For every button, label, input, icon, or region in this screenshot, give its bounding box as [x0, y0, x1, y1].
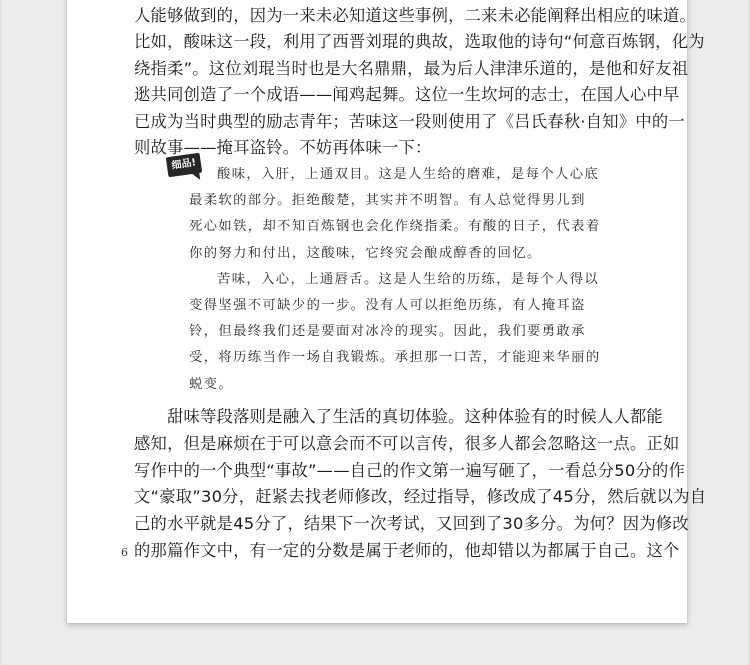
text-line: 比如，酸味这一段，利用了西晋刘琨的典故，选取他的诗句“何意百炼钢，化为 — [134, 29, 631, 56]
quote-line: 酸味，入肝，上通双目。这是人生给的磨难，是每个人心底 — [189, 162, 559, 188]
text-line: 的那篇作文中，有一定的分数是属于老师的，他却错以为都属于自己。这个 — [134, 538, 631, 565]
text-line: 文“豪取”30分，赶紧去找老师修改，经过指导，修改成了45分，然后就以为自 — [134, 484, 631, 511]
quote-line: 变得坚强不可缺少的一步。没有人可以拒绝历练，有人掩耳盗 — [189, 293, 559, 319]
document-viewer[interactable]: 要有具体例，要有直接的感触。有效事理例说明自身的典事，本，本能所有 人能够做到的… — [0, 0, 750, 665]
text-line: 则故事——掩耳盗铃。不妨再体味一下： — [134, 135, 631, 162]
quote-block: 酸味，入肝，上通双目。这是人生给的磨难，是每个人心底 最柔软的部分。拒绝酸楚，其… — [189, 162, 559, 398]
text-line: 感知，但是麻烦在于可以意会而不可以言传，很多人都会忽略这一点。正如 — [134, 431, 631, 458]
text-line: 甜味等段落则是融入了生活的真切体验。这种体验有的时候人人都能 — [134, 404, 631, 431]
quote-line: 蜕变。 — [189, 372, 559, 398]
text-line: 写作中的一个典型“事故”——自己的作文第一遍写砸了，一看总分50分的作 — [134, 458, 631, 485]
quote-line: 死心如铁，却不知百炼钢也会化作绕指柔。有酸的日子，代表着 — [189, 214, 559, 240]
quote-line: 最柔软的部分。拒绝酸楚，其实并不明智。有人总觉得男儿到 — [189, 188, 559, 214]
cut-off-text-line: 要有具体例，要有直接的感触。有效事理例说明自身的典事，本，本能所有 — [134, 0, 631, 3]
quote-line: 铃，但最终我们还是要面对冰冷的现实。因此，我们要勇敢承 — [189, 319, 559, 345]
quote-line: 苦味，入心，上通唇舌。这是人生给的历练，是每个人得以 — [189, 267, 559, 293]
text-line: 绕指柔”。这位刘琨当时也是大名鼎鼎，最为后人津津乐道的，是他和好友祖 — [134, 56, 631, 83]
top-paragraph: 要有具体例，要有直接的感触。有效事理例说明自身的典事，本，本能所有 人能够做到的… — [134, 0, 631, 162]
text-line: 己的水平就是45分了，结果下一次考试，又回到了30多分。为何？因为修改 — [134, 511, 631, 538]
bottom-paragraph: 甜味等段落则是融入了生活的真切体验。这种体验有的时候人人都能 感知，但是麻烦在于… — [134, 404, 631, 565]
page-number: 6 — [121, 546, 128, 559]
text-line: 人能够做到的，因为一来未必知道这些事例，二来未必能阐释出相应的味道。 — [134, 3, 631, 30]
text-line: 逖共同创造了一个成语——闻鸡起舞。这位一生坎坷的志士，在国人心中早 — [134, 82, 631, 109]
document-page: 要有具体例，要有直接的感触。有效事理例说明自身的典事，本，本能所有 人能够做到的… — [67, 0, 687, 623]
quote-line: 受，将历练当作一场自我锻炼。承担那一口苦，才能迎来华丽的 — [189, 345, 559, 371]
text-line: 已成为当时典型的励志青年；苦味这一段则使用了《吕氏春秋·自知》中的一 — [134, 109, 631, 136]
quote-line: 你的努力和付出，这酸味，它终究会酿成醇香的回忆。 — [189, 241, 559, 267]
